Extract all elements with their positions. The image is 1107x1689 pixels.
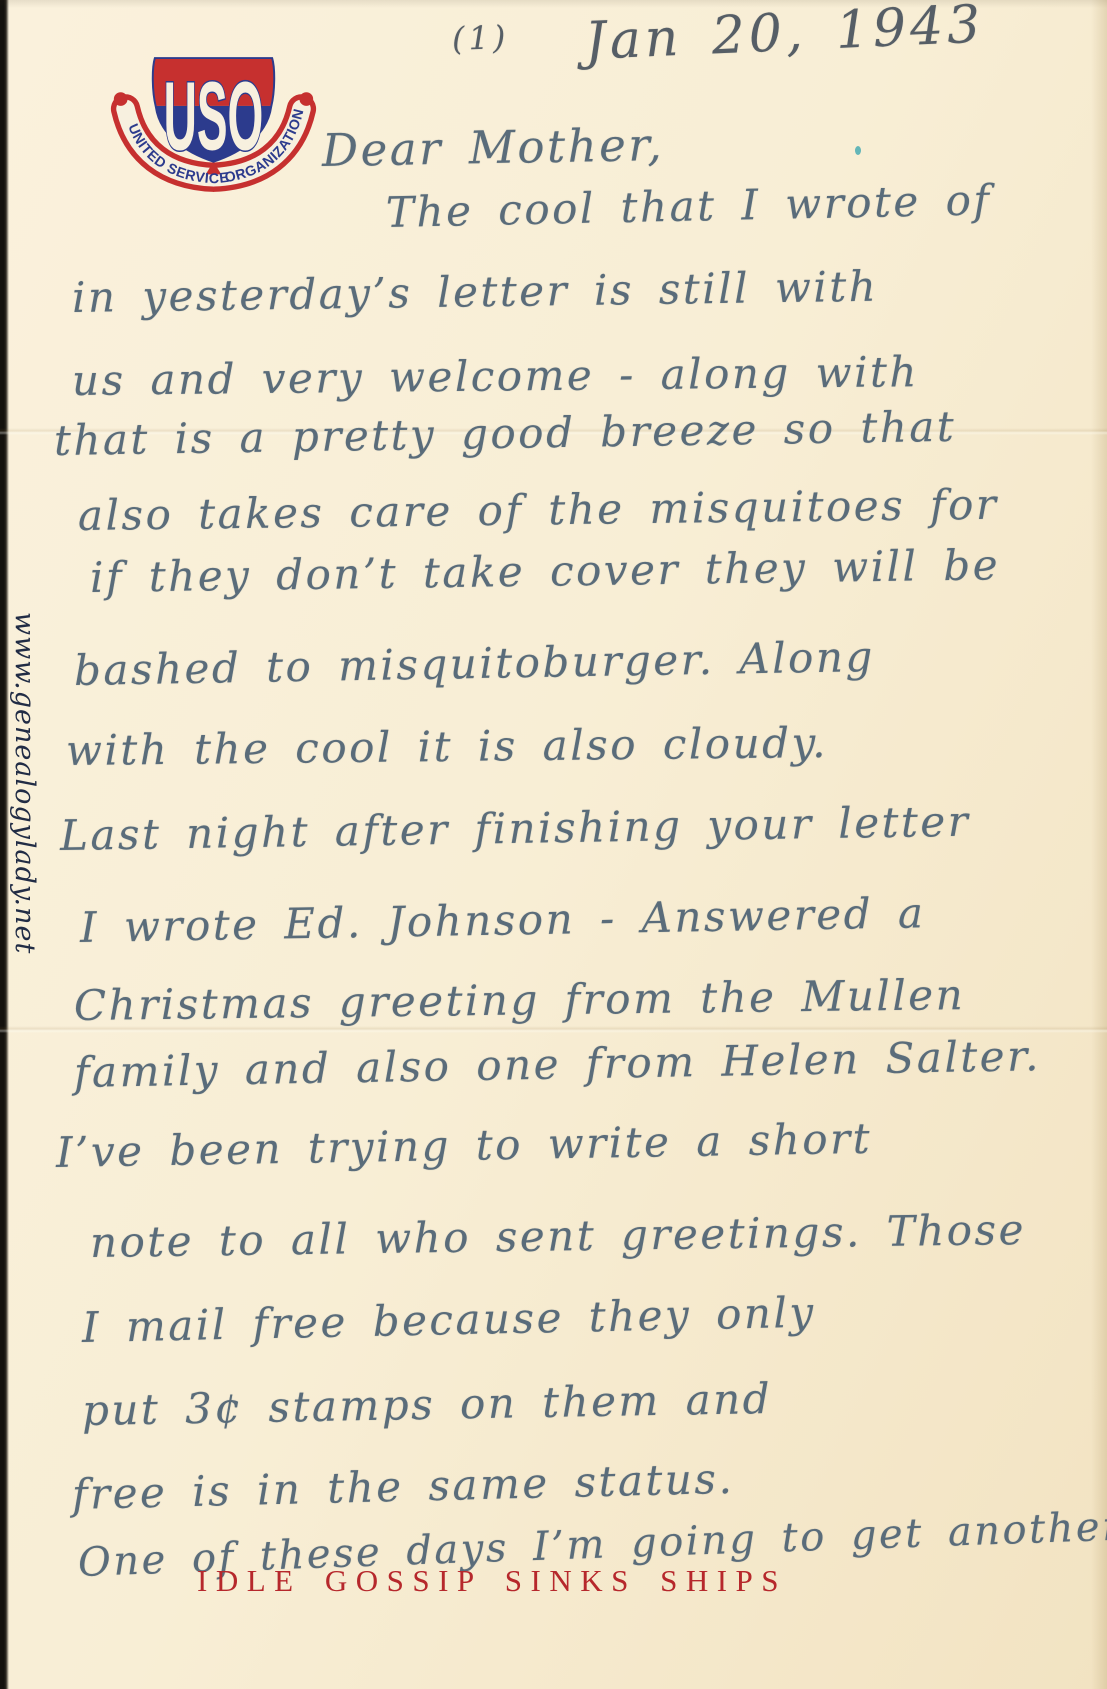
salutation: Dear Mother,	[322, 118, 665, 177]
letter-line: I wrote Ed. Johnson - Answered a	[80, 888, 926, 952]
letter-line: Christmas greeting from the Mullen	[74, 970, 966, 1030]
ink-speck	[855, 146, 861, 155]
uso-logo: UNITED SERVICE ORGANIZATIONS USO	[106, 52, 321, 197]
letter-scan: UNITED SERVICE ORGANIZATIONS USO (1) Jan…	[0, 0, 1107, 1689]
slogan-footer: IDLE GOSSIP SINKS SHIPS	[197, 1563, 787, 1599]
letter-line: put 3¢ stamps on them and	[82, 1374, 773, 1435]
letter-line: I’ve been trying to write a short	[56, 1114, 873, 1177]
ribbon-curl-left	[114, 92, 128, 106]
letter-line: that is a pretty good breeze so that	[54, 402, 957, 465]
scan-edge-right	[1091, 0, 1107, 1689]
letter-date: Jan 20, 1943	[584, 0, 986, 72]
letter-line: in yesterday’s letter is still with	[72, 262, 879, 322]
letter-line: also takes care of the misquitoes for	[78, 480, 999, 540]
letter-line: The cool that I wrote of	[385, 175, 991, 237]
letter-line: with the cool it is also cloudy.	[66, 718, 828, 775]
letter-line: us and very welcome - along with	[72, 347, 919, 405]
letter-line: note to all who sent greetings. Those	[90, 1205, 1027, 1267]
watermark-text: www.genealogylady.net	[9, 612, 40, 1092]
letter-line: family and also one from Helen Salter.	[74, 1031, 1042, 1097]
letter-line: if they don’t take cover they will be	[90, 540, 1001, 602]
letter-line: bashed to misquitoburger. Along	[74, 632, 876, 695]
letter-line: free is in the same status.	[71, 1454, 734, 1519]
page-number: (1)	[451, 18, 510, 58]
scan-edge-left	[0, 0, 9, 1689]
letter-line: Last night after finishing your letter	[60, 797, 971, 860]
uso-monogram: USO	[164, 61, 264, 170]
letter-line: I mail free because they only	[81, 1288, 816, 1352]
